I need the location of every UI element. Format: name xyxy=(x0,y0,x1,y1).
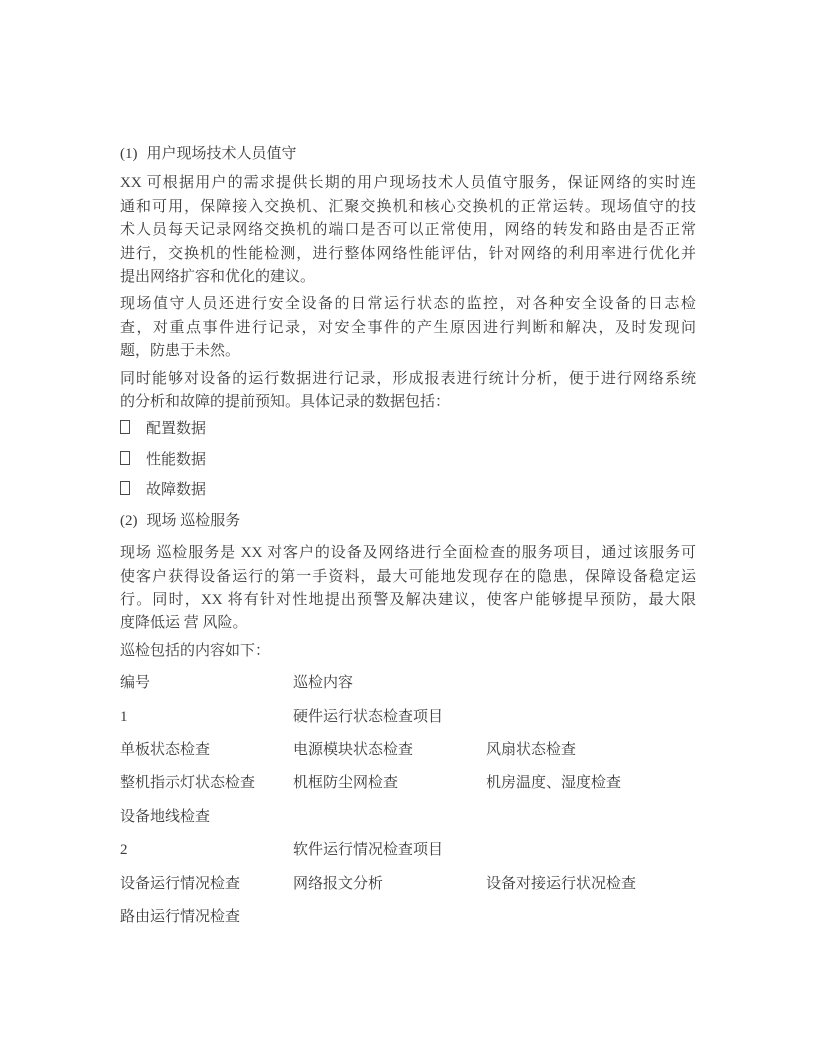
table-cell xyxy=(293,906,486,929)
table-cell: 网络报文分析 xyxy=(293,873,486,896)
bullet-item: 性能数据 xyxy=(120,449,696,472)
missing-glyph-bullet-icon xyxy=(120,481,130,495)
table-cell xyxy=(486,839,696,862)
table-cell xyxy=(486,706,696,729)
bullet-item: 故障数据 xyxy=(120,479,696,502)
table-row: 单板状态检查电源模块状态检查风扇状态检查 xyxy=(120,739,696,762)
table-cell: 路由运行情况检查 xyxy=(120,906,293,929)
table-row: 1硬件运行状态检查项目 xyxy=(120,706,696,729)
table-row: 路由运行情况检查 xyxy=(120,906,696,929)
table-cell: 电源模块状态检查 xyxy=(293,739,486,762)
bullet-label: 配置数据 xyxy=(146,421,206,437)
bullet-label: 性能数据 xyxy=(146,452,206,468)
para-data-recording: 同时能够对设备的运行数据进行记录，形成报表进行统计分析，便于进行网络系统的分析和… xyxy=(120,368,696,415)
document-content: (1)用户现场技术人员值守XX 可根据用户的需求提供长期的用户现场技术人员值守服… xyxy=(120,143,696,939)
paragraph-line: 提出网络扩容和优化的建议。 xyxy=(120,266,696,289)
para-inspection-service: 现场 巡检服务是 XX 对客户的设备及网络进行全面检查的服务项目，通过该服务可使… xyxy=(120,542,696,636)
paragraph-line: 查，对重点事件进行记录，对安全事件的产生原因进行判断和解决，及时发现问 xyxy=(120,317,696,340)
table-cell: 机房温度、湿度检查 xyxy=(486,772,696,795)
paragraph-line: 的分析和故障的提前预知。具体记录的数据包括： xyxy=(120,391,696,414)
paragraph-line: 同时能够对设备的运行数据进行记录，形成报表进行统计分析，便于进行网络系统 xyxy=(120,368,696,391)
table-cell xyxy=(293,806,486,829)
section-2-heading-title: 现场 巡检服务 xyxy=(147,513,241,529)
para-security-monitoring: 现场值守人员还进行安全设备的日常运行状态的监控，对各种安全设备的日志检查，对重点… xyxy=(120,293,696,363)
table-row: 2软件运行情况检查项目 xyxy=(120,839,696,862)
document-page: (1)用户现场技术人员值守XX 可根据用户的需求提供长期的用户现场技术人员值守服… xyxy=(0,0,816,1056)
table-cell xyxy=(486,672,696,695)
paragraph-line: 现场值守人员还进行安全设备的日常运行状态的监控，对各种安全设备的日志检 xyxy=(120,293,696,316)
table-cell: 2 xyxy=(120,839,293,862)
table-cell: 编号 xyxy=(120,672,293,695)
table-cell: 设备运行情况检查 xyxy=(120,873,293,896)
paragraph-line: 巡检包括的内容如下： xyxy=(120,640,696,663)
table-cell: 1 xyxy=(120,706,293,729)
bullet-item: 配置数据 xyxy=(120,418,696,441)
section-2-heading: (2)现场 巡检服务 xyxy=(120,510,696,533)
section-1-heading: (1)用户现场技术人员值守 xyxy=(120,143,696,166)
table-cell: 整机指示灯状态检查 xyxy=(120,772,293,795)
para-onsite-duty: XX 可根据用户的需求提供长期的用户现场技术人员值守服务，保证网络的实时连通和可… xyxy=(120,172,696,289)
para-inspection-list-intro: 巡检包括的内容如下： xyxy=(120,640,696,663)
table-row: 设备运行情况检查网络报文分析设备对接运行状况检查 xyxy=(120,873,696,896)
paragraph-line: 现场 巡检服务是 XX 对客户的设备及网络进行全面检查的服务项目，通过该服务可 xyxy=(120,542,696,565)
paragraph-line: 行。同时，XX 将有针对性地提出预警及解决建议，使客户能够提早预防，最大限 xyxy=(120,589,696,612)
paragraph-line: 使客户获得设备运行的第一手资料，最大可能地发现存在的隐患，保障设备稳定运 xyxy=(120,566,696,589)
table-cell: 设备对接运行状况检查 xyxy=(486,873,696,896)
table-cell xyxy=(486,906,696,929)
paragraph-line: 通和可用，保障接入交换机、汇聚交换机和核心交换机的正常运转。现场值守的技 xyxy=(120,196,696,219)
paragraph-line: 术人员每天记录网络交换机的端口是否可以正常使用，网络的转发和路由是否正常 xyxy=(120,219,696,242)
table-cell: 巡检内容 xyxy=(293,672,486,695)
table-row: 编号巡检内容 xyxy=(120,672,696,695)
section-1-heading-title: 用户现场技术人员值守 xyxy=(147,146,297,162)
table-cell: 风扇状态检查 xyxy=(486,739,696,762)
table-cell: 软件运行情况检查项目 xyxy=(293,839,486,862)
missing-glyph-bullet-icon xyxy=(120,420,130,434)
paragraph-line: 题，防患于未然。 xyxy=(120,340,696,363)
paragraph-line: 进行，交换机的性能检测，进行整体网络性能评估，针对网络的利用率进行优化并 xyxy=(120,243,696,266)
inspection-content-table: 编号巡检内容1硬件运行状态检查项目单板状态检查电源模块状态检查风扇状态检查整机指… xyxy=(120,672,696,929)
paragraph-line: XX 可根据用户的需求提供长期的用户现场技术人员值守服务，保证网络的实时连 xyxy=(120,172,696,195)
table-cell xyxy=(486,806,696,829)
table-row: 整机指示灯状态检查机框防尘网检查机房温度、湿度检查 xyxy=(120,772,696,795)
table-cell: 硬件运行状态检查项目 xyxy=(293,706,486,729)
table-cell: 单板状态检查 xyxy=(120,739,293,762)
missing-glyph-bullet-icon xyxy=(120,451,130,465)
table-cell: 设备地线检查 xyxy=(120,806,293,829)
paragraph-line: 度降低运 营 风险。 xyxy=(120,612,696,635)
table-row: 设备地线检查 xyxy=(120,806,696,829)
table-cell: 机框防尘网检查 xyxy=(293,772,486,795)
section-2-heading-number: (2) xyxy=(120,513,138,529)
bullet-label: 故障数据 xyxy=(146,482,206,498)
section-1-heading-number: (1) xyxy=(120,146,138,162)
